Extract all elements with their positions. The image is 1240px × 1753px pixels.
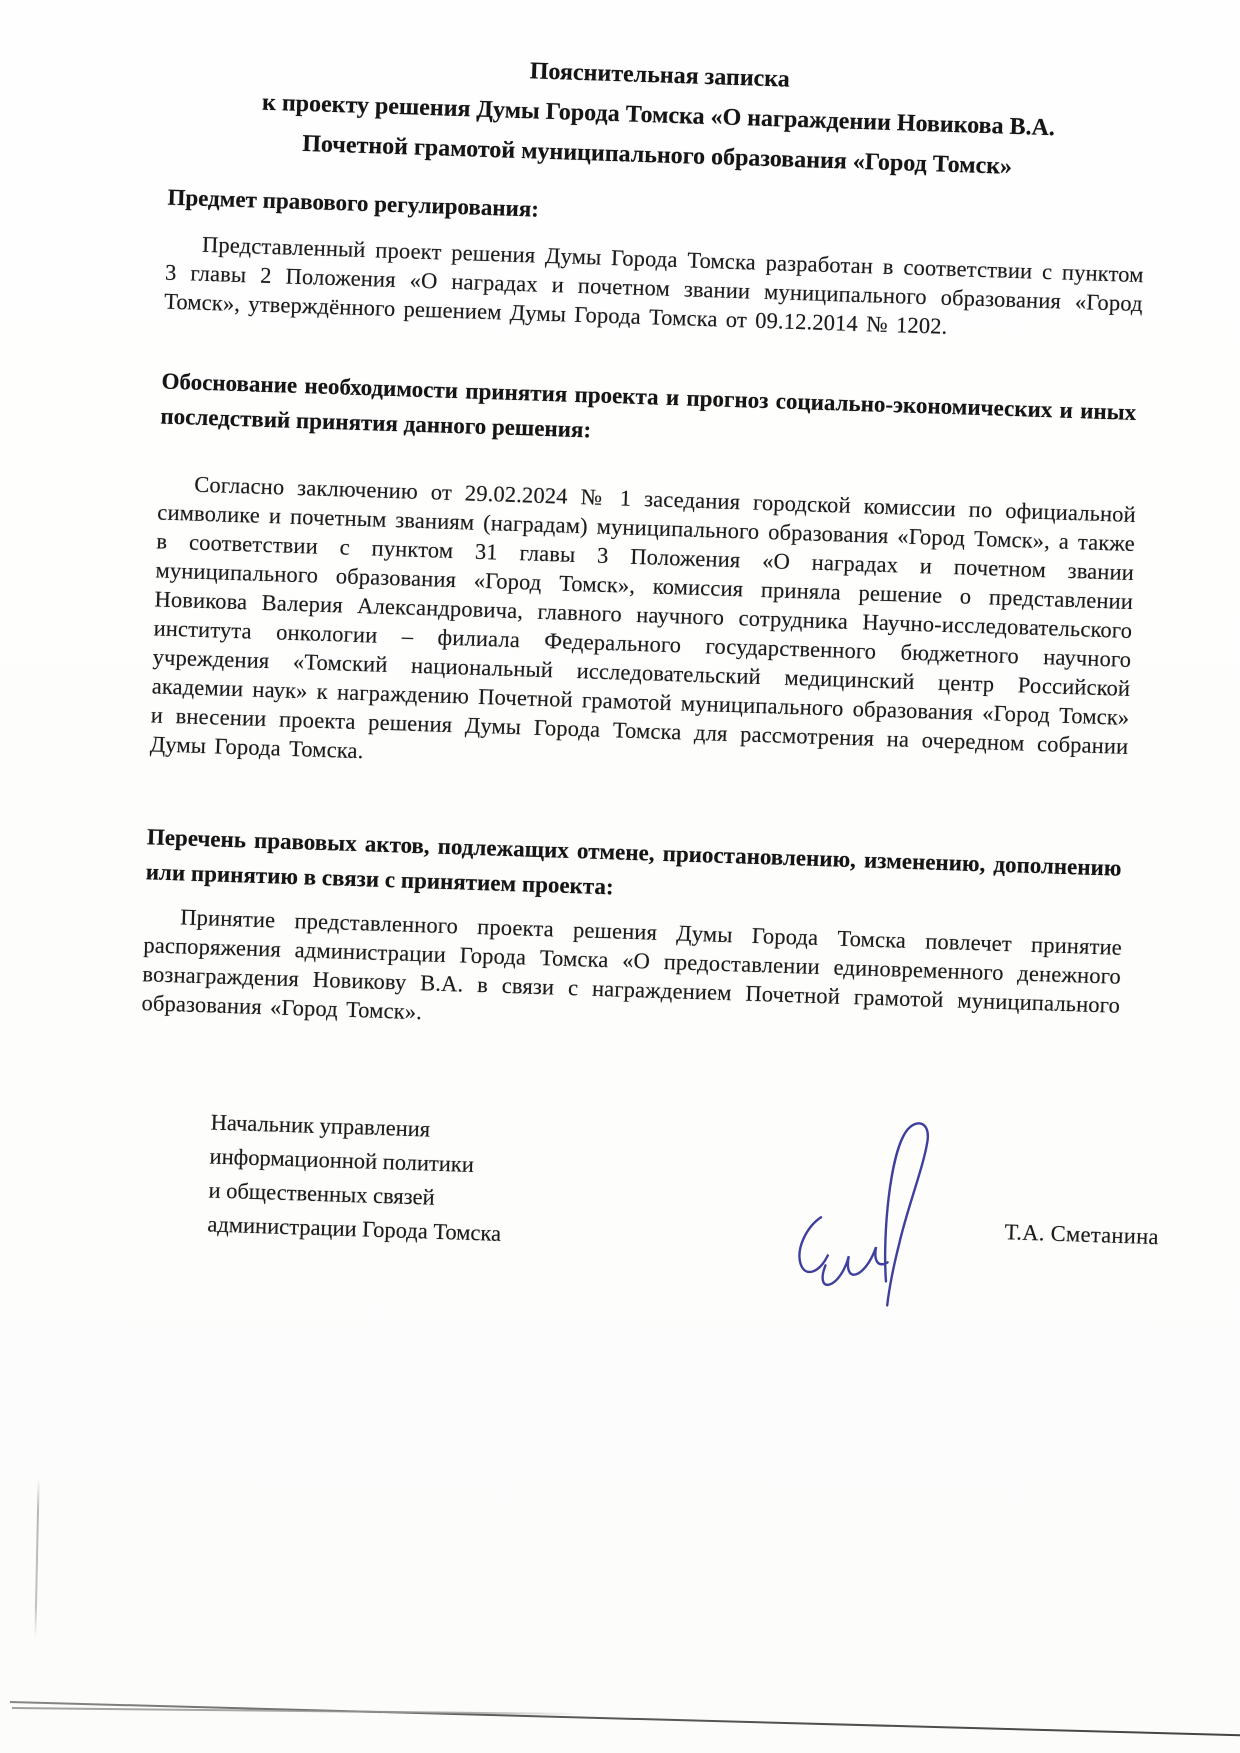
signer-position-block: Начальник управления информационной поли… (207, 1105, 631, 1254)
heading-justification: Обоснование необходимости принятия проек… (160, 364, 1137, 465)
paragraph-legal-acts: Принятие представленного проекта решения… (141, 901, 1122, 1049)
scanned-document-page: { "doc": { "title_lines": [ "Пояснительн… (0, 0, 1240, 1753)
signer-name: Т.А. Сметанина (1004, 1219, 1159, 1250)
paragraph-justification: Согласно заключению от 29.02.2024 № 1 за… (149, 468, 1136, 789)
paper-background: Пояснительная записка к проекту решения … (0, 0, 1240, 1753)
handwritten-signature-icon (788, 1100, 965, 1310)
signature-stroke-c (799, 1217, 889, 1287)
document-content: Пояснительная записка к проекту решения … (0, 0, 1240, 1735)
document-title: Пояснительная записка к проекту решения … (167, 40, 1150, 192)
paragraph-subject-of-regulation: Представленный проект решения Думы Город… (164, 229, 1144, 348)
signature-stroke-loop (883, 1122, 928, 1306)
